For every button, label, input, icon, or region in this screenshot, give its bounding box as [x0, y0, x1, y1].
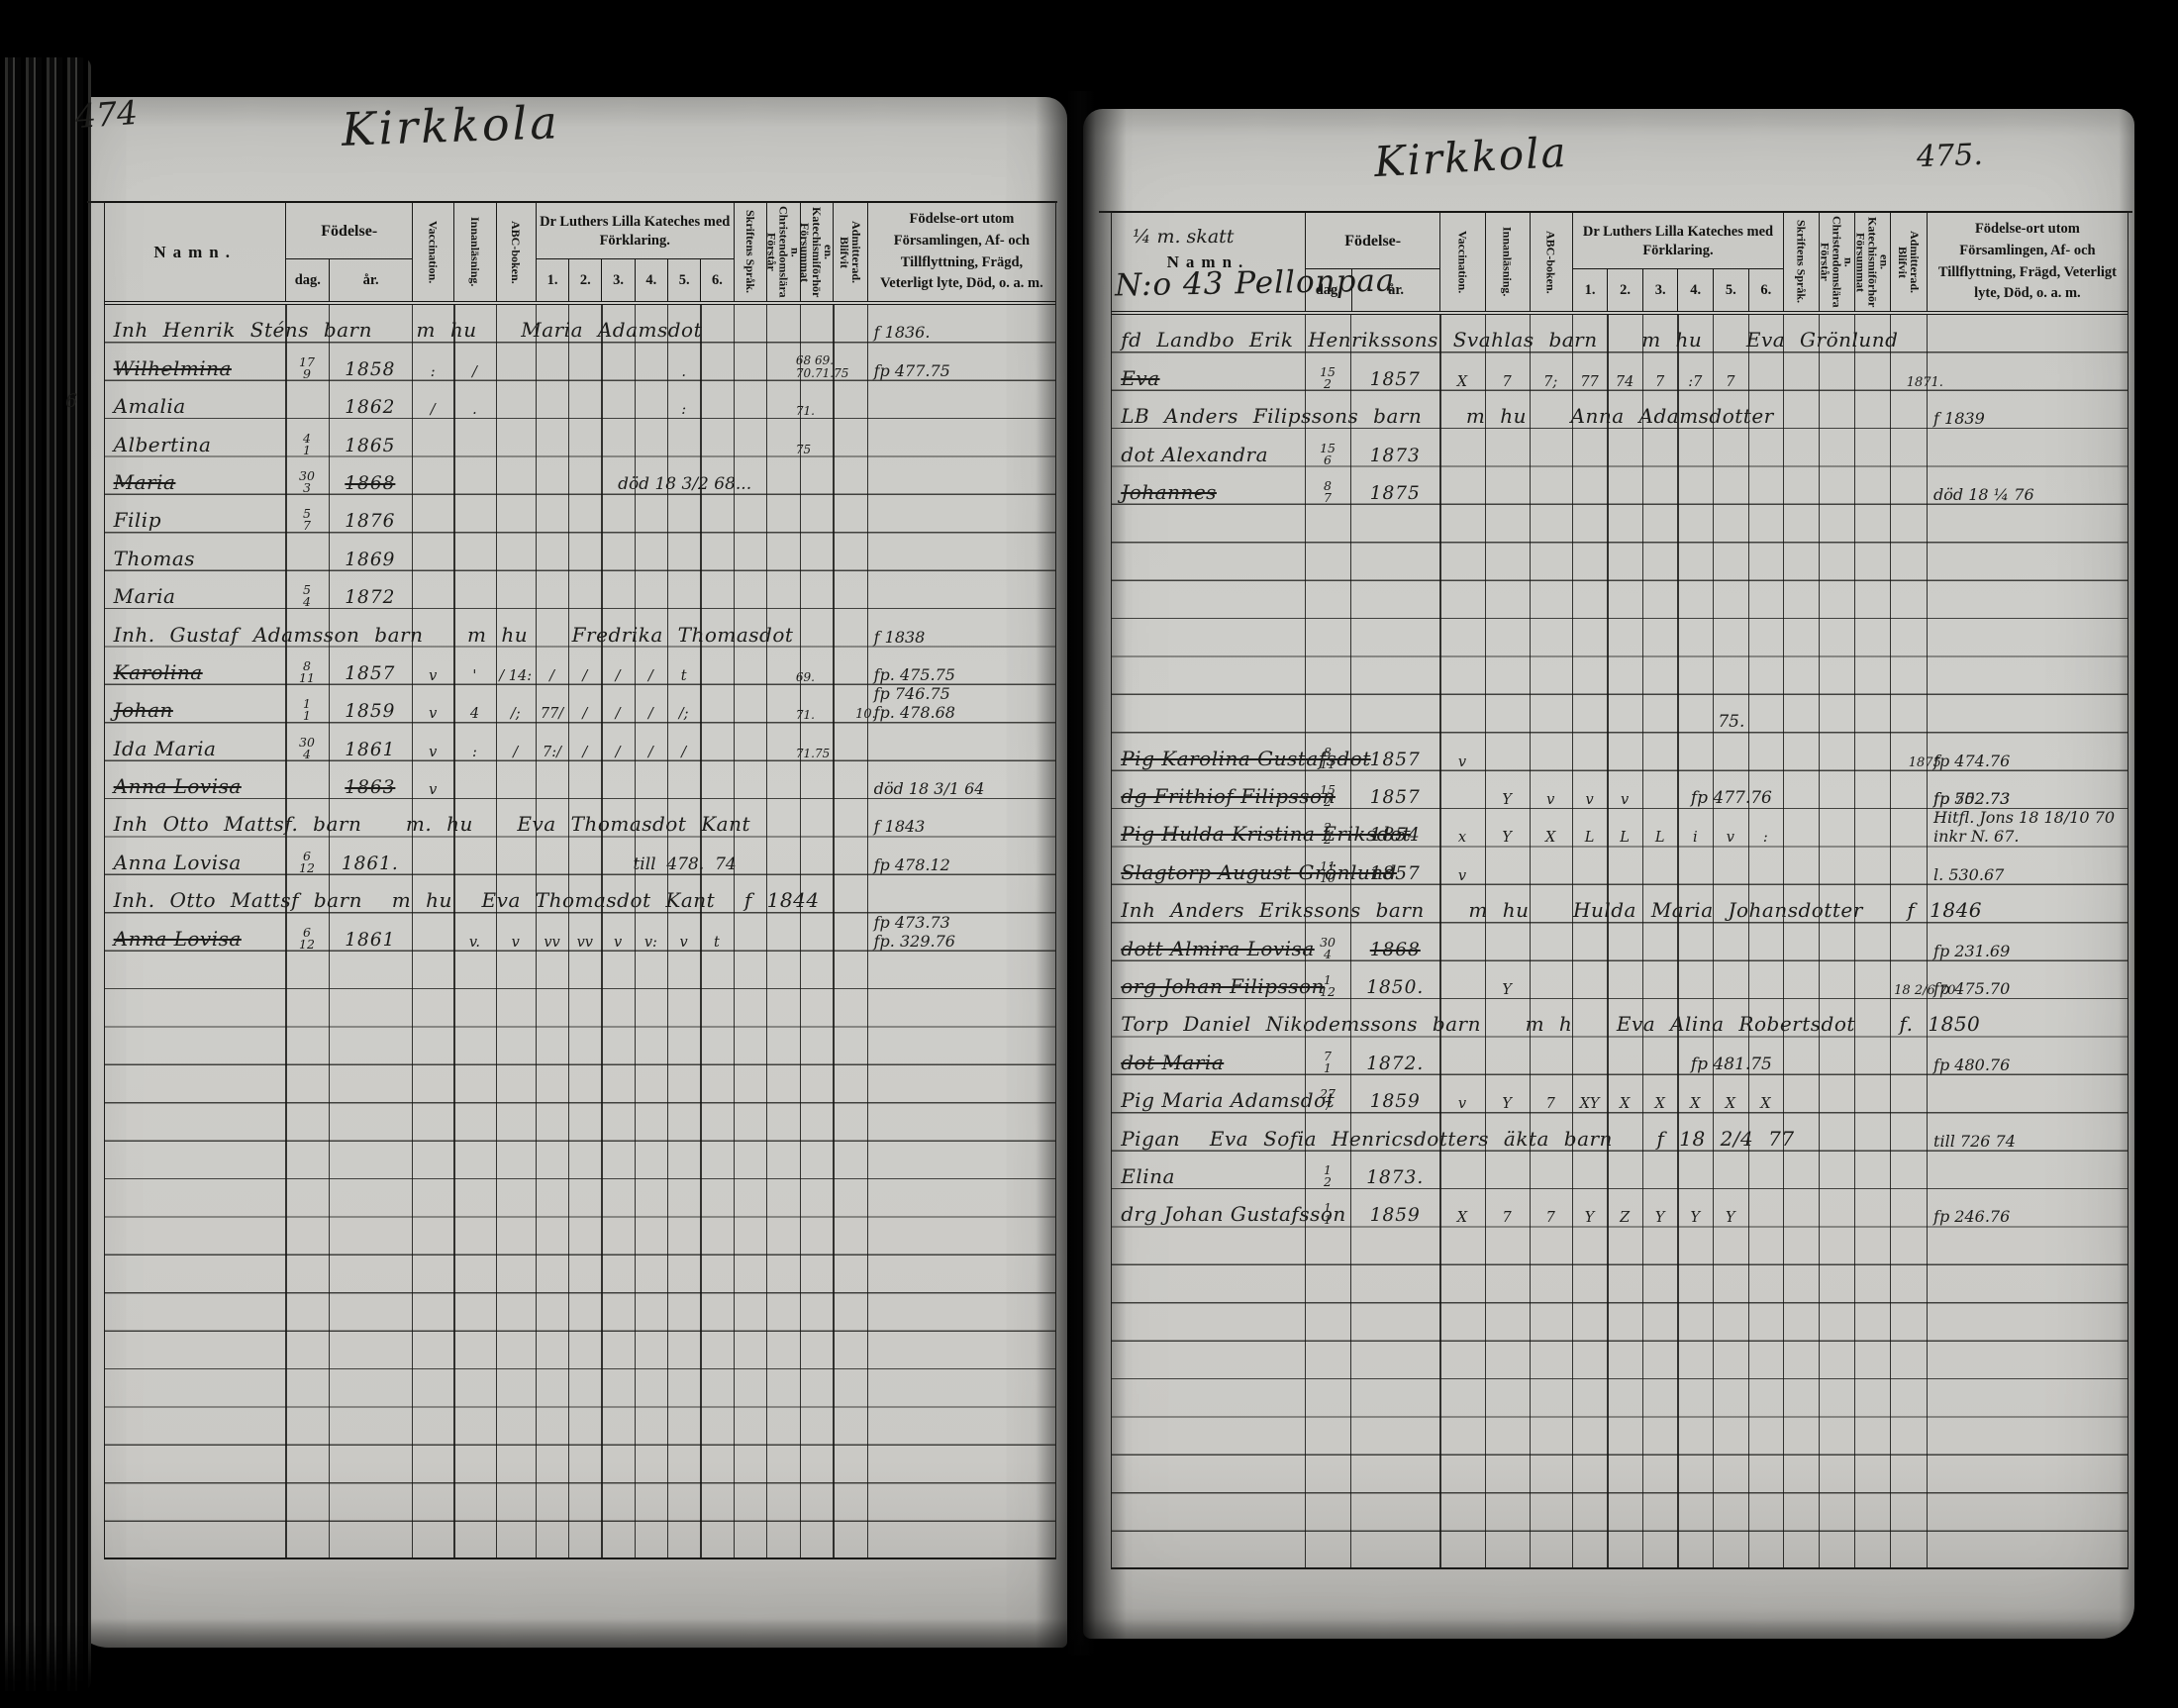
column-header-innanlasning: Innanläsning. [1485, 213, 1530, 311]
entry-mark: L [1572, 830, 1608, 846]
entry-mark: L [1607, 830, 1641, 846]
column-header-vaccination: Vaccination. [412, 203, 453, 301]
table-row [105, 952, 1055, 989]
entry-name: Thomas [114, 547, 195, 570]
entry-mark: 74 [1607, 374, 1641, 390]
entry-mark: i [1677, 830, 1713, 846]
table-row [1112, 1456, 2128, 1493]
entry-mark: /; [667, 706, 700, 722]
table-body: fd Landbo Erik Henrikssons Svahlas barn … [1112, 315, 2128, 1569]
entry-mark: / [667, 745, 700, 760]
entry-mark: : [412, 364, 453, 380]
entry-birth-year: 1863 [329, 777, 412, 798]
entry-birth-day: 1 2 [1305, 1164, 1350, 1188]
table-row [1112, 1493, 2128, 1531]
table-row: Inh. Otto Mattsf barn m hu Eva Thomasdot… [105, 875, 1055, 913]
entry-name: Anna Lovisa [114, 927, 242, 951]
entry-mark: : [1748, 830, 1784, 846]
entry-birth-year: 1869 [329, 550, 412, 570]
entry-mark: Y [1485, 1096, 1530, 1112]
entry-birth-year: 1858 [329, 359, 412, 380]
table-row [1112, 1227, 2128, 1264]
entry-mark: X [1748, 1096, 1784, 1112]
table-row: Inh Otto Mattsf. barn m. hu Eva Thomasdo… [105, 799, 1055, 837]
entry-name: Pigan Eva Sofia Henricsdotters äkta barn… [1121, 1127, 1794, 1151]
table-row [105, 1293, 1055, 1331]
table-row [1112, 1379, 2128, 1417]
entry-mark: / [635, 668, 667, 684]
table-row: Johan 1 1 1859 v 4 /; 77/ / / / /; 71. 1… [105, 685, 1055, 723]
table-row [1112, 543, 2128, 580]
entry-mark: X [1642, 1096, 1678, 1112]
entry-mark: v [412, 745, 453, 760]
entry-mark: 7 [1485, 1210, 1530, 1226]
entry-remark: fp 480.76 [1933, 1055, 2122, 1074]
entry-mark: Y [1485, 792, 1530, 808]
entry-inline-note: 75. [1574, 712, 1889, 732]
entry-birth-day: 1 12 [1305, 974, 1350, 998]
entry-mark: / [568, 706, 601, 722]
table-row [1112, 1303, 2128, 1341]
entry-name: fd Landbo Erik Henrikssons Svahlas barn … [1121, 328, 1898, 352]
entry-remark: f 1836. [874, 323, 1050, 342]
entry-name: Albertina [114, 433, 212, 456]
entry-mark: Y [1572, 1210, 1608, 1226]
entry-birth-day: 15 6 [1305, 443, 1350, 466]
column-header-forsummat: Försummat Katechismiförhören. [800, 203, 834, 301]
entry-name: Pig Maria Adamsdot [1121, 1088, 1335, 1112]
entry-mark: X [1530, 830, 1572, 846]
table-row: LB Anders Filipssons barn m hu Anna Adam… [1112, 391, 2128, 429]
column-header-forstar: Förstår Christendomsläran. [766, 203, 800, 301]
table-row: Torp Daniel Nikodemssons barn m h Eva Al… [1112, 999, 2128, 1037]
entry-birth-day: 1 1 [1305, 1202, 1350, 1226]
table-row [105, 1065, 1055, 1103]
entry-mark: t [700, 935, 733, 951]
entry-birth-year: 1857 [329, 663, 412, 684]
table-row: Ida Maria 30 4 1861 v : / 7:/ / / / / 71… [105, 723, 1055, 760]
entry-birth-year: 1868 [329, 473, 412, 494]
entry-mark: v [1713, 830, 1747, 846]
entry-remark: till 726 74 [1933, 1132, 2122, 1151]
table-row [1112, 581, 2128, 619]
table-row: Karolina 8 11 1857 v ' / 14: / / / / t 6… [105, 648, 1055, 685]
table-row: Anna Lovisa 6 12 1861. till 478. 74 f [105, 837, 1055, 874]
table-row: Pig Maria Adamsdot 27 7 1859 v Y 7 XY X … [1112, 1075, 2128, 1113]
entry-birth-day: 30 3 [285, 470, 328, 494]
left-record-table: Namn. Födelse- dag. år. Vaccination. Inn… [104, 201, 1056, 1559]
column-header-kateches: Dr Luthers Lilla Kateches med Förklaring… [1572, 213, 1783, 311]
entry-birth-day: 17 9 [285, 356, 328, 380]
entry-mark: / [536, 668, 568, 684]
entry-mark: vv [536, 935, 568, 951]
entry-birth-day: 6 12 [285, 927, 328, 951]
column-header-forstar: Förstår Christendomsläran. [1819, 213, 1854, 311]
column-header-abc-boken: ABC-boken. [1530, 213, 1572, 311]
entry-birth-day: 4 1 [285, 433, 328, 456]
entry-name: dott Almira Lovisa [1121, 937, 1315, 960]
entry-birth-day: 7 1 [1305, 1051, 1350, 1074]
entry-birth-year: 1861 [329, 930, 412, 951]
table-row [105, 1256, 1055, 1293]
entry-mark: / [635, 745, 667, 760]
table-row [1112, 1342, 2128, 1379]
entry-remark: fp 746.75 fp. 478.68 [874, 684, 1050, 722]
table-row: Maria 30 3 1868 död 18 3/2 68... [105, 457, 1055, 495]
entry-birth-year: 1857 [1350, 863, 1439, 884]
entry-mark: 7 [1485, 374, 1530, 390]
table-row [105, 1369, 1055, 1407]
entry-mark: v [412, 782, 453, 798]
column-header-skriftens-sprak: Skriftens Språk. [1783, 213, 1819, 311]
entry-remark: f 1843 [874, 817, 1050, 836]
table-row: Eva 15 2 1857 X 7 7; 77 74 7 :7 7 1871. [1112, 352, 2128, 390]
table-row [1112, 619, 2128, 656]
entry-mark: XY [1572, 1096, 1608, 1112]
entry-forsummat-note: 68 69. 70.71.75 [796, 354, 878, 380]
entry-name: Maria [114, 470, 176, 494]
entry-birth-year: 1854 [1350, 825, 1439, 846]
entry-mark: :7 [1677, 374, 1713, 390]
household-heading: N:o 43 Pellonpaa [1115, 263, 1396, 304]
entry-mark: vv [568, 935, 601, 951]
entry-remark: fp 473.73 fp. 329.76 [874, 913, 1050, 951]
entry-name: Torp Daniel Nikodemssons barn m h Eva Al… [1121, 1012, 1980, 1036]
entry-name: Inh. Gustaf Adamsson barn m hu Fredrika … [114, 623, 794, 647]
page-edge-shadow [0, 1619, 2178, 1708]
entry-birth-year: 1868 [1350, 940, 1439, 960]
entry-mark: /; [496, 706, 536, 722]
entry-mark: v [1530, 792, 1572, 808]
entry-remark: f 1838 [874, 628, 1050, 647]
entry-name: Eva [1121, 366, 1159, 390]
entry-birth-year: 1872. [1350, 1054, 1439, 1074]
entry-birth-year: 1876 [329, 511, 412, 532]
table-row [105, 1217, 1055, 1255]
kateches-grade-row: 1.2.3.4.5.6. [1573, 268, 1783, 311]
entry-name: Inh. Otto Mattsf barn m hu Eva Thomasdot… [114, 888, 820, 912]
entry-birth-year: 1859 [1350, 1091, 1439, 1112]
left-page-title: Kirkkola [341, 95, 560, 156]
entry-mark: Y [1485, 982, 1530, 998]
entry-mark: 7 [1642, 374, 1678, 390]
entry-inline-note: död 18 3/2 68... [538, 474, 833, 494]
entry-inline-note: till 478. 74 [538, 854, 833, 874]
table-row: Slagtorp August Grönlund 11 10 1857 v l [1112, 847, 2128, 884]
table-row [105, 1103, 1055, 1141]
entry-mark: / [568, 668, 601, 684]
entry-mark: X [1677, 1096, 1713, 1112]
entry-mark: Y [1642, 1210, 1678, 1226]
entry-mark: v [1439, 868, 1484, 884]
entry-mark: . [667, 364, 700, 380]
table-row: org Johan Filipsson 1 12 1850. Y 18 2/6 … [1112, 961, 2128, 999]
entry-birth-day: 11 10 [1305, 860, 1350, 884]
entry-name: Filip [114, 508, 161, 532]
entry-mark: X [1439, 1210, 1484, 1226]
table-row: Elina 1 2 1873. [1112, 1152, 2128, 1189]
entry-name: Wilhelmina [114, 356, 232, 380]
entry-mark: / [601, 668, 634, 684]
entry-inline-note: fp 477.76 [1574, 788, 1889, 808]
entry-name: dg Frithiof Filipsson [1121, 784, 1336, 808]
column-header-fodelse: Födelse- dag. år. [285, 203, 412, 301]
table-row: Inh Anders Erikssons barn m hu Hulda Mar… [1112, 885, 2128, 923]
table-row: Albertina 4 1 1865 75 [105, 419, 1055, 456]
entry-name: Elina [1121, 1164, 1175, 1188]
entry-forsummat-note: 71. [796, 405, 878, 418]
table-header: Namn. Födelse- dag. år. Vaccination. Inn… [105, 201, 1055, 305]
entry-birth-day: 30 4 [1305, 937, 1350, 960]
entry-name: Karolina [114, 660, 203, 684]
entry-remark: fp 475.70 [1933, 979, 2122, 998]
left-page-number: 474 [74, 93, 140, 136]
table-row: Wilhelmina 17 9 1858 : / . 68 69. 70.71.… [105, 343, 1055, 380]
entry-remark: l. 530.67 [1933, 865, 2122, 884]
column-header-dag: dag. [286, 259, 329, 301]
column-header-namn: Namn. [105, 203, 285, 301]
entry-birth-year: 1859 [329, 701, 412, 722]
column-header-forsummat: Försummat Katechismiförhören. [1854, 213, 1890, 311]
entry-mark: L [1642, 830, 1678, 846]
entry-birth-day: 15 2 [1305, 366, 1350, 390]
entry-name: Anna Lovisa [114, 851, 242, 874]
entry-mark: 7 [1713, 374, 1747, 390]
column-header-ar: år. [329, 259, 412, 301]
table-row: dot Maria 7 1 1872. fp 481.75 fp 480.76 [1112, 1037, 2128, 1074]
entry-name: Inh Henrik Sténs barn m hu Maria Adamsdo… [114, 318, 703, 342]
entry-forsummat-note: 75 [796, 444, 878, 456]
entry-mark: v [412, 668, 453, 684]
entry-mark: 77/ [536, 706, 568, 722]
entry-mark: v [1439, 1096, 1484, 1112]
entry-remark: fp 502.73 Hitfl. Jons 18 18/10 70 inkr N… [1933, 789, 2122, 846]
column-header-kateches: Dr Luthers Lilla Kateches med Förklaring… [536, 203, 734, 301]
entry-birth-day: 8 7 [1305, 480, 1350, 504]
entry-birth-day: 8 11 [1305, 747, 1350, 770]
entry-remark: död 18 ¼ 76 [1933, 485, 2122, 504]
column-header-skriftens-sprak: Skriftens Språk. [734, 203, 767, 301]
entry-birth-year: 1875 [1350, 483, 1439, 504]
entry-remark: f 1839 [1933, 409, 2122, 428]
entry-name: Johannes [1121, 480, 1217, 504]
entry-mark: / 14: [496, 668, 536, 684]
entry-remark: fp 478.12 [874, 855, 1050, 874]
entry-mark: v. [453, 935, 495, 951]
column-header-abc-boken: ABC-boken. [496, 203, 536, 301]
book-spine [0, 57, 91, 1691]
right-page-title: Kirkkola [1373, 128, 1569, 186]
entry-mark: 4 [453, 706, 495, 722]
entry-mark: x [1439, 830, 1484, 846]
entry-name: Ida Maria [114, 737, 217, 760]
entry-birth-year: 1857 [1350, 787, 1439, 808]
entry-mark: / [496, 745, 536, 760]
entry-mark: / [453, 364, 495, 380]
entry-mark: v: [635, 935, 667, 951]
entry-name: LB Anders Filipssons barn m hu Anna Adam… [1121, 404, 1774, 428]
entry-mark: : [667, 402, 700, 418]
table-row [105, 1407, 1055, 1445]
entry-birth-year: 1872 [329, 587, 412, 608]
entry-birth-year: 1859 [1350, 1205, 1439, 1226]
right-page-number: 475. [1916, 138, 1983, 174]
entry-name: dot Alexandra [1121, 443, 1268, 466]
entry-mark: / [601, 745, 634, 760]
entry-name: Inh Anders Erikssons barn m hu Hulda Mar… [1121, 898, 1982, 922]
entry-mark: v [667, 935, 700, 951]
column-header-vaccination: Vaccination. [1439, 213, 1484, 311]
column-header-blifvit-admitterad: Blifvit Admitterad. [833, 203, 867, 301]
table-row [105, 989, 1055, 1027]
entry-remark: fp 246.76 [1933, 1207, 2122, 1226]
entry-mark: Y [1713, 1210, 1747, 1226]
entry-mark: 7 [1530, 1096, 1572, 1112]
entry-name: org Johan Filipsson [1121, 974, 1325, 998]
entry-birth-year: 1873. [1350, 1167, 1439, 1188]
table-row [105, 1446, 1055, 1483]
entry-mark: / [412, 402, 453, 418]
entry-birth-year: 1861 [329, 740, 412, 760]
table-row: Pig Hulda Kristina Eriksdot 2 2 1854 x Y… [1112, 809, 2128, 847]
table-row [1112, 1417, 2128, 1455]
entry-birth-year: 1850. [1350, 977, 1439, 998]
entry-mark: 7; [1530, 374, 1572, 390]
entry-mark: : [453, 745, 495, 760]
entry-mark: v [496, 935, 536, 951]
table-row [1112, 1532, 2128, 1569]
table-row [105, 1332, 1055, 1369]
entry-name: Inh Otto Mattsf. barn m. hu Eva Thomasdo… [114, 812, 750, 836]
table-row [105, 1142, 1055, 1179]
column-header-blifvit-admitterad: Blifvit Admitterad. [1890, 213, 1927, 311]
entry-admitted-note: 1871. [1887, 375, 1963, 390]
table-row: fd Landbo Erik Henrikssons Svahlas barn … [1112, 315, 2128, 352]
table-row: 75. [1112, 695, 2128, 733]
table-row: Johannes 8 7 1875 död 18 ¼ 76 [1112, 467, 2128, 505]
entry-mark: . [453, 402, 495, 418]
entry-birth-day: 15 2 [1305, 784, 1350, 808]
table-row [105, 1483, 1055, 1521]
table-row: Inh Henrik Sténs barn m hu Maria Adamsdo… [105, 305, 1055, 343]
entry-name: Johan [114, 698, 173, 722]
entry-name: Amalia [114, 394, 186, 418]
entry-birth-year: 1865 [329, 436, 412, 456]
column-header-anmarkningar: Födelse-ort utom Församlingen, Af- och T… [1927, 213, 2128, 311]
entry-birth-day: 6 12 [285, 851, 328, 874]
table-row: Anna Lovisa 1863 v död 18 3/1 64 [105, 761, 1055, 799]
entry-forsummat-note: 69. [796, 671, 878, 684]
book-scan: 474 475. Kirkkola Kirkkola ¼ m. skatt N:… [0, 0, 2178, 1708]
entry-birth-day: 27 7 [1305, 1088, 1350, 1112]
table-row: Inh. Gustaf Adamsson barn m hu Fredrika … [105, 609, 1055, 647]
farm-size-annotation: ¼ m. skatt [1133, 226, 1234, 248]
entry-inline-note: fp 481.75 [1574, 1055, 1889, 1074]
entry-name: Maria [114, 584, 176, 608]
entry-remark: fp 474.76 [1933, 752, 2122, 770]
table-row: Thomas 1869 [105, 533, 1055, 570]
entry-mark: Y [1485, 830, 1530, 846]
entry-birth-year: 1862 [329, 397, 412, 418]
entry-remark: fp 231.69 [1933, 942, 2122, 960]
entry-remark: fp 477.75 [874, 361, 1050, 380]
entry-mark: v [412, 706, 453, 722]
table-row [105, 1179, 1055, 1217]
table-row: Anna Lovisa 6 12 1861 v. v vv vv v v: v … [105, 913, 1055, 951]
entry-birth-year: 1857 [1350, 750, 1439, 770]
entry-mark: 7 [1530, 1210, 1572, 1226]
right-record-table: Namn. Födelse- dag. år. Vaccination. Inn… [1111, 211, 2128, 1569]
entry-birth-day: 5 7 [285, 508, 328, 532]
entry-birth-day: 2 2 [1305, 822, 1350, 846]
entry-birth-year: 1857 [1350, 369, 1439, 390]
entry-mark: Y [1677, 1210, 1713, 1226]
entry-mark: v [1439, 754, 1484, 770]
table-row: Pigan Eva Sofia Henricsdotters äkta barn… [1112, 1113, 2128, 1151]
entry-birth-day: 8 11 [285, 660, 328, 684]
margin-note: 6 [65, 390, 77, 412]
entry-mark: Z [1607, 1210, 1641, 1226]
table-row [1112, 1265, 2128, 1303]
entry-birth-day: 5 4 [285, 584, 328, 608]
record-rows: fd Landbo Erik Henrikssons Svahlas barn … [1112, 315, 2128, 1567]
table-row: drg Johan Gustafsson 1 1 1859 X 7 7 Y Z … [1112, 1189, 2128, 1227]
entry-name: dot Maria [1121, 1051, 1224, 1074]
kateches-grade-row: 1.2.3.4.5.6. [537, 258, 734, 301]
entry-mark: 7:/ [536, 745, 568, 760]
entry-mark: / [568, 745, 601, 760]
table-row [1112, 657, 2128, 695]
entry-mark: 77 [1572, 374, 1608, 390]
entry-mark: X [1439, 374, 1484, 390]
entry-remark: fp. 475.75 [874, 665, 1050, 684]
entry-birth-year: 1873 [1350, 446, 1439, 466]
table-row: Pig Karolina Gustafsdot 8 11 1857 v 1875 [1112, 733, 2128, 770]
entry-birth-day: 30 4 [285, 737, 328, 760]
entry-mark: / [601, 706, 634, 722]
entry-mark: t [667, 668, 700, 684]
entry-mark: ' [453, 668, 495, 684]
table-row: Maria 5 4 1872 [105, 571, 1055, 609]
column-header-anmarkningar: Födelse-ort utom Församlingen, Af- och T… [867, 203, 1055, 301]
column-header-innanlasning: Innanläsning. [453, 203, 495, 301]
entry-mark: / [635, 706, 667, 722]
entry-name: Anna Lovisa [114, 774, 242, 798]
table-row: dot Alexandra 15 6 1873 [1112, 429, 2128, 466]
entry-birth-year: 1861. [329, 854, 412, 874]
entry-mark: X [1713, 1096, 1747, 1112]
entry-mark: X [1607, 1096, 1641, 1112]
table-row [105, 1522, 1055, 1559]
table-row [105, 1027, 1055, 1064]
entry-birth-day: 1 1 [285, 698, 328, 722]
entry-mark: v [601, 935, 634, 951]
table-row [1112, 505, 2128, 543]
table-body: Inh Henrik Sténs barn m hu Maria Adamsdo… [105, 305, 1055, 1559]
record-rows: Inh Henrik Sténs barn m hu Maria Adamsdo… [105, 305, 1055, 1557]
table-row: Filip 5 7 1876 [105, 495, 1055, 533]
entry-remark: död 18 3/1 64 [874, 779, 1050, 798]
table-row: dott Almira Lovisa 30 4 1868 fp 231.69 [1112, 923, 2128, 960]
entry-forsummat-note: 71.75 [796, 748, 878, 760]
table-row: Amalia 1862 / . : 71. [105, 381, 1055, 419]
